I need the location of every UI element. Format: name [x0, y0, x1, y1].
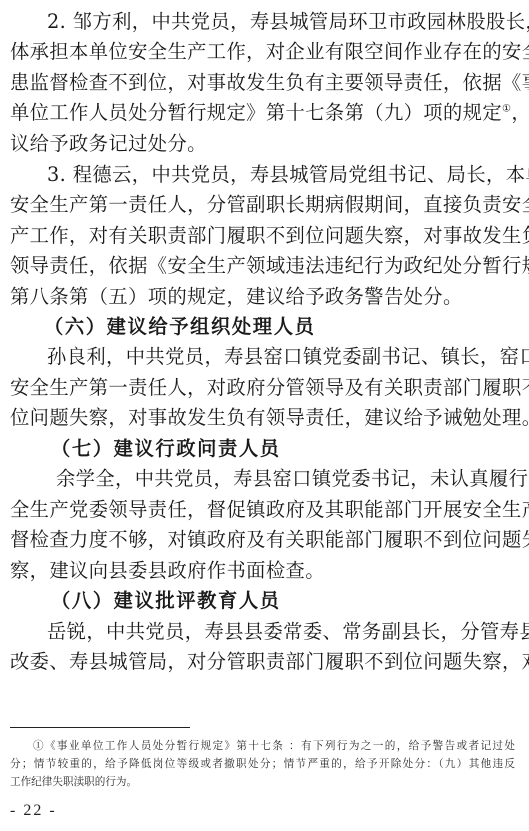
body-line: 位问题失察，对事故发生负有领导责任，建议给予诫勉处理。 — [10, 403, 520, 433]
body-line: 全生产党委领导责任，督促镇政府及其职能部门开展安全生产监 — [10, 495, 520, 525]
footnote-reference-marker[interactable]: ① — [502, 104, 511, 115]
body-line: 督检查力度不够，对镇政府及有关职能部门履职不到位问题失 — [10, 525, 520, 555]
body-line: 议给予政务记过处分。 — [10, 129, 520, 159]
footnote-line: ①《事业单位工作人员处分暂行规定》第十七条 ：有下列行为之一的，给予警告或者记过… — [33, 737, 515, 755]
body-line-tail: ，建 — [511, 101, 529, 124]
body-line: 2. 邹方利，中共党员，寿县城管局环卫市政园林股股长，具 — [47, 7, 520, 37]
body-line: 产工作，对有关职责部门履职不到位问题失察，对事故发生负有 — [10, 221, 520, 251]
section-heading-organizational: （六）建议给予组织处理人员 — [44, 312, 517, 342]
body-line: 患监督检查不到位，对事故发生负有主要领导责任，依据《事业 — [10, 68, 520, 98]
document-page: 2. 邹方利，中共党员，寿县城管局环卫市政园林股股长，具 体承担本单位安全生产工… — [0, 0, 529, 831]
section-heading-criticism: （八）建议批评教育人员 — [51, 586, 524, 616]
body-line: 察，建议向县委县政府作书面检查。 — [10, 556, 520, 586]
body-line: 孙良利，中共党员，寿县窑口镇党委副书记、镇长，窑口镇 — [47, 342, 520, 372]
body-line: 3. 程德云，中共党员，寿县城管局党组书记、局长，本单位 — [47, 160, 520, 190]
footnote-line: 工作纪律失职渎职的行为。 — [10, 773, 515, 791]
footnote-line: 分；情节较重的，给予降低岗位等级或者撤职处分；情节严重的，给予开除处分：（九）其… — [10, 755, 515, 773]
section-heading-accountability: （七）建议行政问责人员 — [51, 434, 524, 464]
body-line: 领导责任，依据《安全生产领域违法违纪行为政纪处分暂行规定》 — [10, 251, 520, 281]
page-number: - 22 - — [10, 800, 57, 822]
body-line-text: 单位工作人员处分暂行规定》第十七条第（九）项的规定 — [10, 101, 502, 124]
body-line: 安全生产第一责任人，对政府分管领导及有关职责部门履职不到 — [10, 373, 520, 403]
body-line-with-footnote-ref: 单位工作人员处分暂行规定》第十七条第（九）项的规定①，建 — [10, 98, 520, 128]
body-line: 余学全，中共党员，寿县窑口镇党委书记，未认真履行安 — [56, 464, 520, 494]
body-line: 岳锐，中共党员，寿县县委常委、常务副县长，分管寿县发 — [47, 617, 520, 647]
footnote-separator — [10, 727, 190, 728]
body-line: 体承担本单位安全生产工作，对企业有限空间作业存在的安全隐 — [10, 37, 520, 67]
body-line: 改委、寿县城管局，对分管职责部门履职不到位问题失察，对事 — [10, 647, 520, 677]
body-line: 安全生产第一责任人，分管副职长期病假期间，直接负责安全生 — [10, 190, 520, 220]
body-line: 第八条第（五）项的规定，建议给予政务警告处分。 — [10, 282, 520, 312]
